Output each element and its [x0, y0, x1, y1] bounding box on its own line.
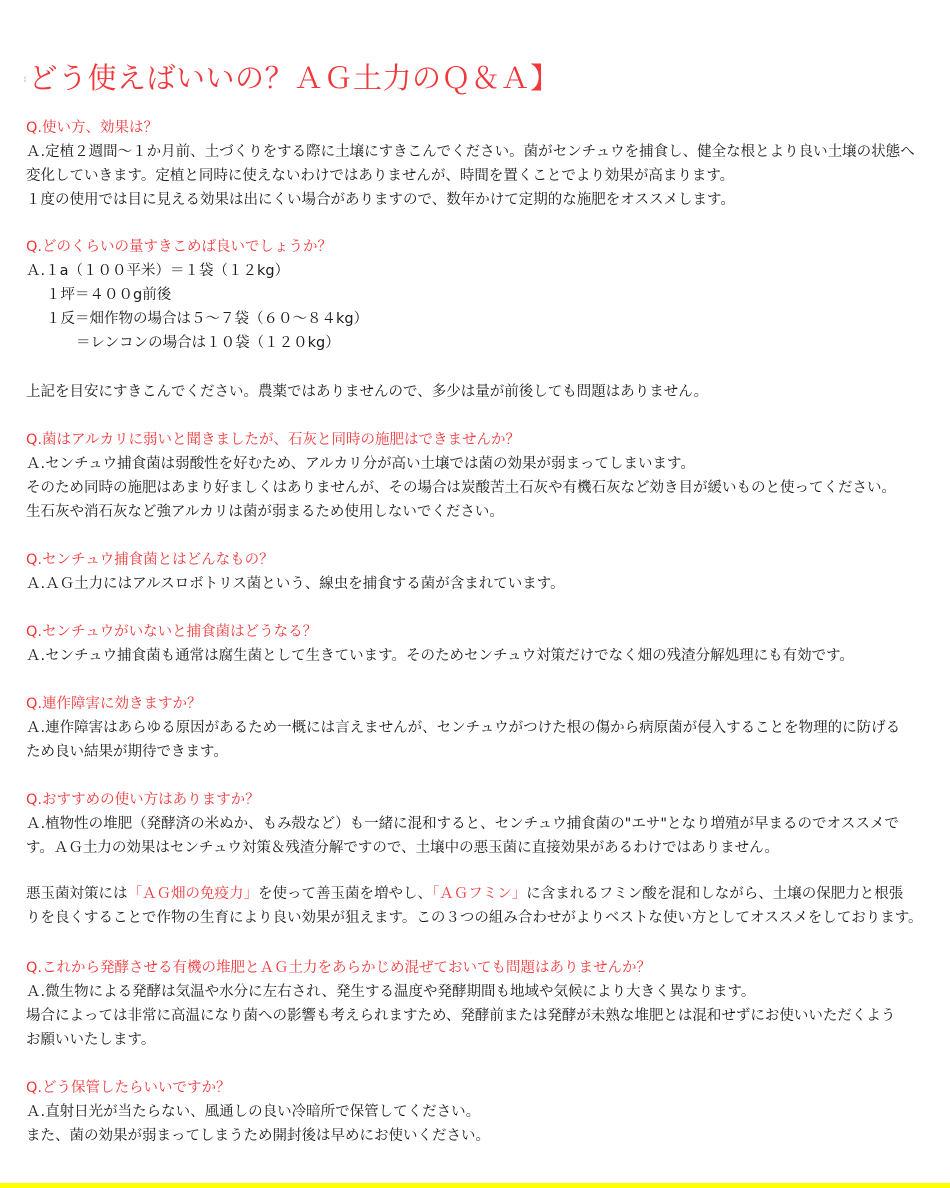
note-line: 悪玉菌対策には「ＡＧ畑の免疫力」を使って善玉菌を増やし、「ＡＧフミン」に含まれる… — [26, 882, 941, 906]
answer-line: 場合によっては非常に高温になり菌への影響も考えられますため、発酵前または発酵が未… — [26, 1004, 941, 1028]
question: Q.センチュウ捕食菌とはどんなもの？ — [26, 548, 941, 572]
answer-line: Ａ.連作障害はあらゆる原因があるため一概には言えませんが、センチュウがつけた根の… — [26, 716, 941, 740]
answer-line: １度の使用では目に見える効果は出にくい場合がありますので、数年かけて定期的な施肥… — [26, 188, 941, 212]
note-text: に含まれるフミン酸を混和しながら、土壌の保肥力と根張 — [526, 886, 903, 902]
answer-line: また、菌の効果が弱まってしまうため開封後は早めにお使いください。 — [26, 1124, 941, 1148]
answer-line: Ａ.ＡＧ土力にはアルスロボトリス菌という、線虫を捕食する菌が含まれています。 — [26, 572, 941, 596]
note-text: を使って善玉菌を増やし、 — [258, 886, 432, 902]
note-text: 上記を目安にすきこんでください。農薬ではありませんので、多少は量が前後しても問題… — [26, 380, 941, 404]
note-text: 悪玉菌対策には — [26, 886, 128, 902]
answer-line: お願いいたします。 — [26, 1028, 941, 1052]
answer-line: 生石灰や消石灰など強アルカリは菌が弱まるため使用しないでください。 — [26, 500, 941, 524]
product-link-ag-humin[interactable]: 「ＡＧフミン」 — [432, 886, 526, 902]
page-title-text: どう使えばいいの？ＡＧ土力のＱ＆Ａ】 — [29, 61, 560, 95]
answer-line: Ａ.定植２週間～１か月前、土づくりをする際に土壌にすきこんでください。菌がセンチ… — [26, 140, 941, 164]
question: Q.使い方、効果は？ — [26, 116, 941, 140]
question: Q.これから発酵させる有機の堆肥とＡＧ土力をあらかじめ混ぜておいても問題はありま… — [26, 956, 941, 980]
qa-item-premixing: Q.これから発酵させる有機の堆肥とＡＧ土力をあらかじめ混ぜておいても問題はありま… — [26, 956, 941, 1052]
product-link-ag-immunity[interactable]: 「ＡＧ畑の免疫力」 — [128, 886, 259, 902]
answer-line: そのため同時の施肥はあまり好ましくはありませんが、その場合は炭酸苦土石灰や有機石… — [26, 476, 941, 500]
question: Q.どのくらいの量すきこめば良いでしょうか？ — [26, 235, 941, 259]
answer-line: ＝レンコンの場合は１０袋（１２０kg） — [26, 331, 941, 355]
question: Q.連作障害に効きますか？ — [26, 692, 941, 716]
answer-line: １坪＝４００g前後 — [26, 283, 941, 307]
question: Q.菌はアルカリに弱いと聞きましたが、石灰と同時の施肥はできませんか？ — [26, 428, 941, 452]
page-title: ¦どう使えばいいの？ＡＧ土力のＱ＆Ａ】 — [24, 58, 560, 100]
qa-item-storage: Q.どう保管したらいいですか？ Ａ.直射日光が当たらない、風通しの良い冷暗所で保… — [26, 1076, 941, 1148]
answer-line: Ａ.微生物による発酵は気温や水分に左右され、発生する温度や発酵期間も地域や気候に… — [26, 980, 941, 1004]
note-line: りを良くすることで作物の生育により良い効果が狙えます。この３つの組み合わせがより… — [26, 906, 941, 930]
question: Q.センチュウがいないと捕食菌はどうなる？ — [26, 620, 941, 644]
answer-line: Ａ.１a（１００平米）＝１袋（１２kg） — [26, 259, 941, 283]
amount-note: 上記を目安にすきこんでください。農薬ではありませんので、多少は量が前後しても問題… — [26, 380, 941, 404]
question: Q.おすすめの使い方はありますか？ — [26, 788, 941, 812]
qa-item-amount: Q.どのくらいの量すきこめば良いでしょうか？ Ａ.１a（１００平米）＝１袋（１２… — [26, 235, 941, 355]
qa-item-continuous-cropping: Q.連作障害に効きますか？ Ａ.連作障害はあらゆる原因があるため一概には言えませ… — [26, 692, 941, 764]
qa-item-recommended-use: Q.おすすめの使い方はありますか？ Ａ.植物性の堆肥（発酵済の米ぬか、もみ殻など… — [26, 788, 941, 860]
answer-line: Ａ.直射日光が当たらない、風通しの良い冷暗所で保管してください。 — [26, 1100, 941, 1124]
question: Q.どう保管したらいいですか？ — [26, 1076, 941, 1100]
qa-item-predatory-fungi: Q.センチュウ捕食菌とはどんなもの？ Ａ.ＡＧ土力にはアルスロボトリス菌という、… — [26, 548, 941, 596]
answer-line: ため良い結果が期待できます。 — [26, 740, 941, 764]
answer-line: す。ＡＧ土力の効果はセンチュウ対策＆残渣分解ですので、土壌中の悪玉菌に直接効果が… — [26, 836, 941, 860]
title-mark: ¦ — [24, 76, 27, 83]
qa-item-no-nematodes: Q.センチュウがいないと捕食菌はどうなる？ Ａ.センチュウ捕食菌も通常は腐生菌と… — [26, 620, 941, 668]
answer-line: Ａ.センチュウ捕食菌も通常は腐生菌として生きています。そのためセンチュウ対策だけ… — [26, 644, 941, 668]
footer-divider — [0, 1183, 950, 1188]
qa-item-usage: Q.使い方、効果は？ Ａ.定植２週間～１か月前、土づくりをする際に土壌にすきこん… — [26, 116, 941, 212]
answer-line: 変化していきます。定植と同時に使えないわけではありませんが、時間を置くことでより… — [26, 164, 941, 188]
answer-line: Ａ.植物性の堆肥（発酵済の米ぬか、もみ殻など）も一緒に混和すると、センチュウ捕食… — [26, 812, 941, 836]
answer-line: １反＝畑作物の場合は５～７袋（６０～８４kg） — [26, 307, 941, 331]
answer-line: Ａ.センチュウ捕食菌は弱酸性を好むため、アルカリ分が高い土壌では菌の効果が弱まっ… — [26, 452, 941, 476]
qa-item-lime: Q.菌はアルカリに弱いと聞きましたが、石灰と同時の施肥はできませんか？ Ａ.セン… — [26, 428, 941, 524]
recommended-use-note: 悪玉菌対策には「ＡＧ畑の免疫力」を使って善玉菌を増やし、「ＡＧフミン」に含まれる… — [26, 882, 941, 930]
